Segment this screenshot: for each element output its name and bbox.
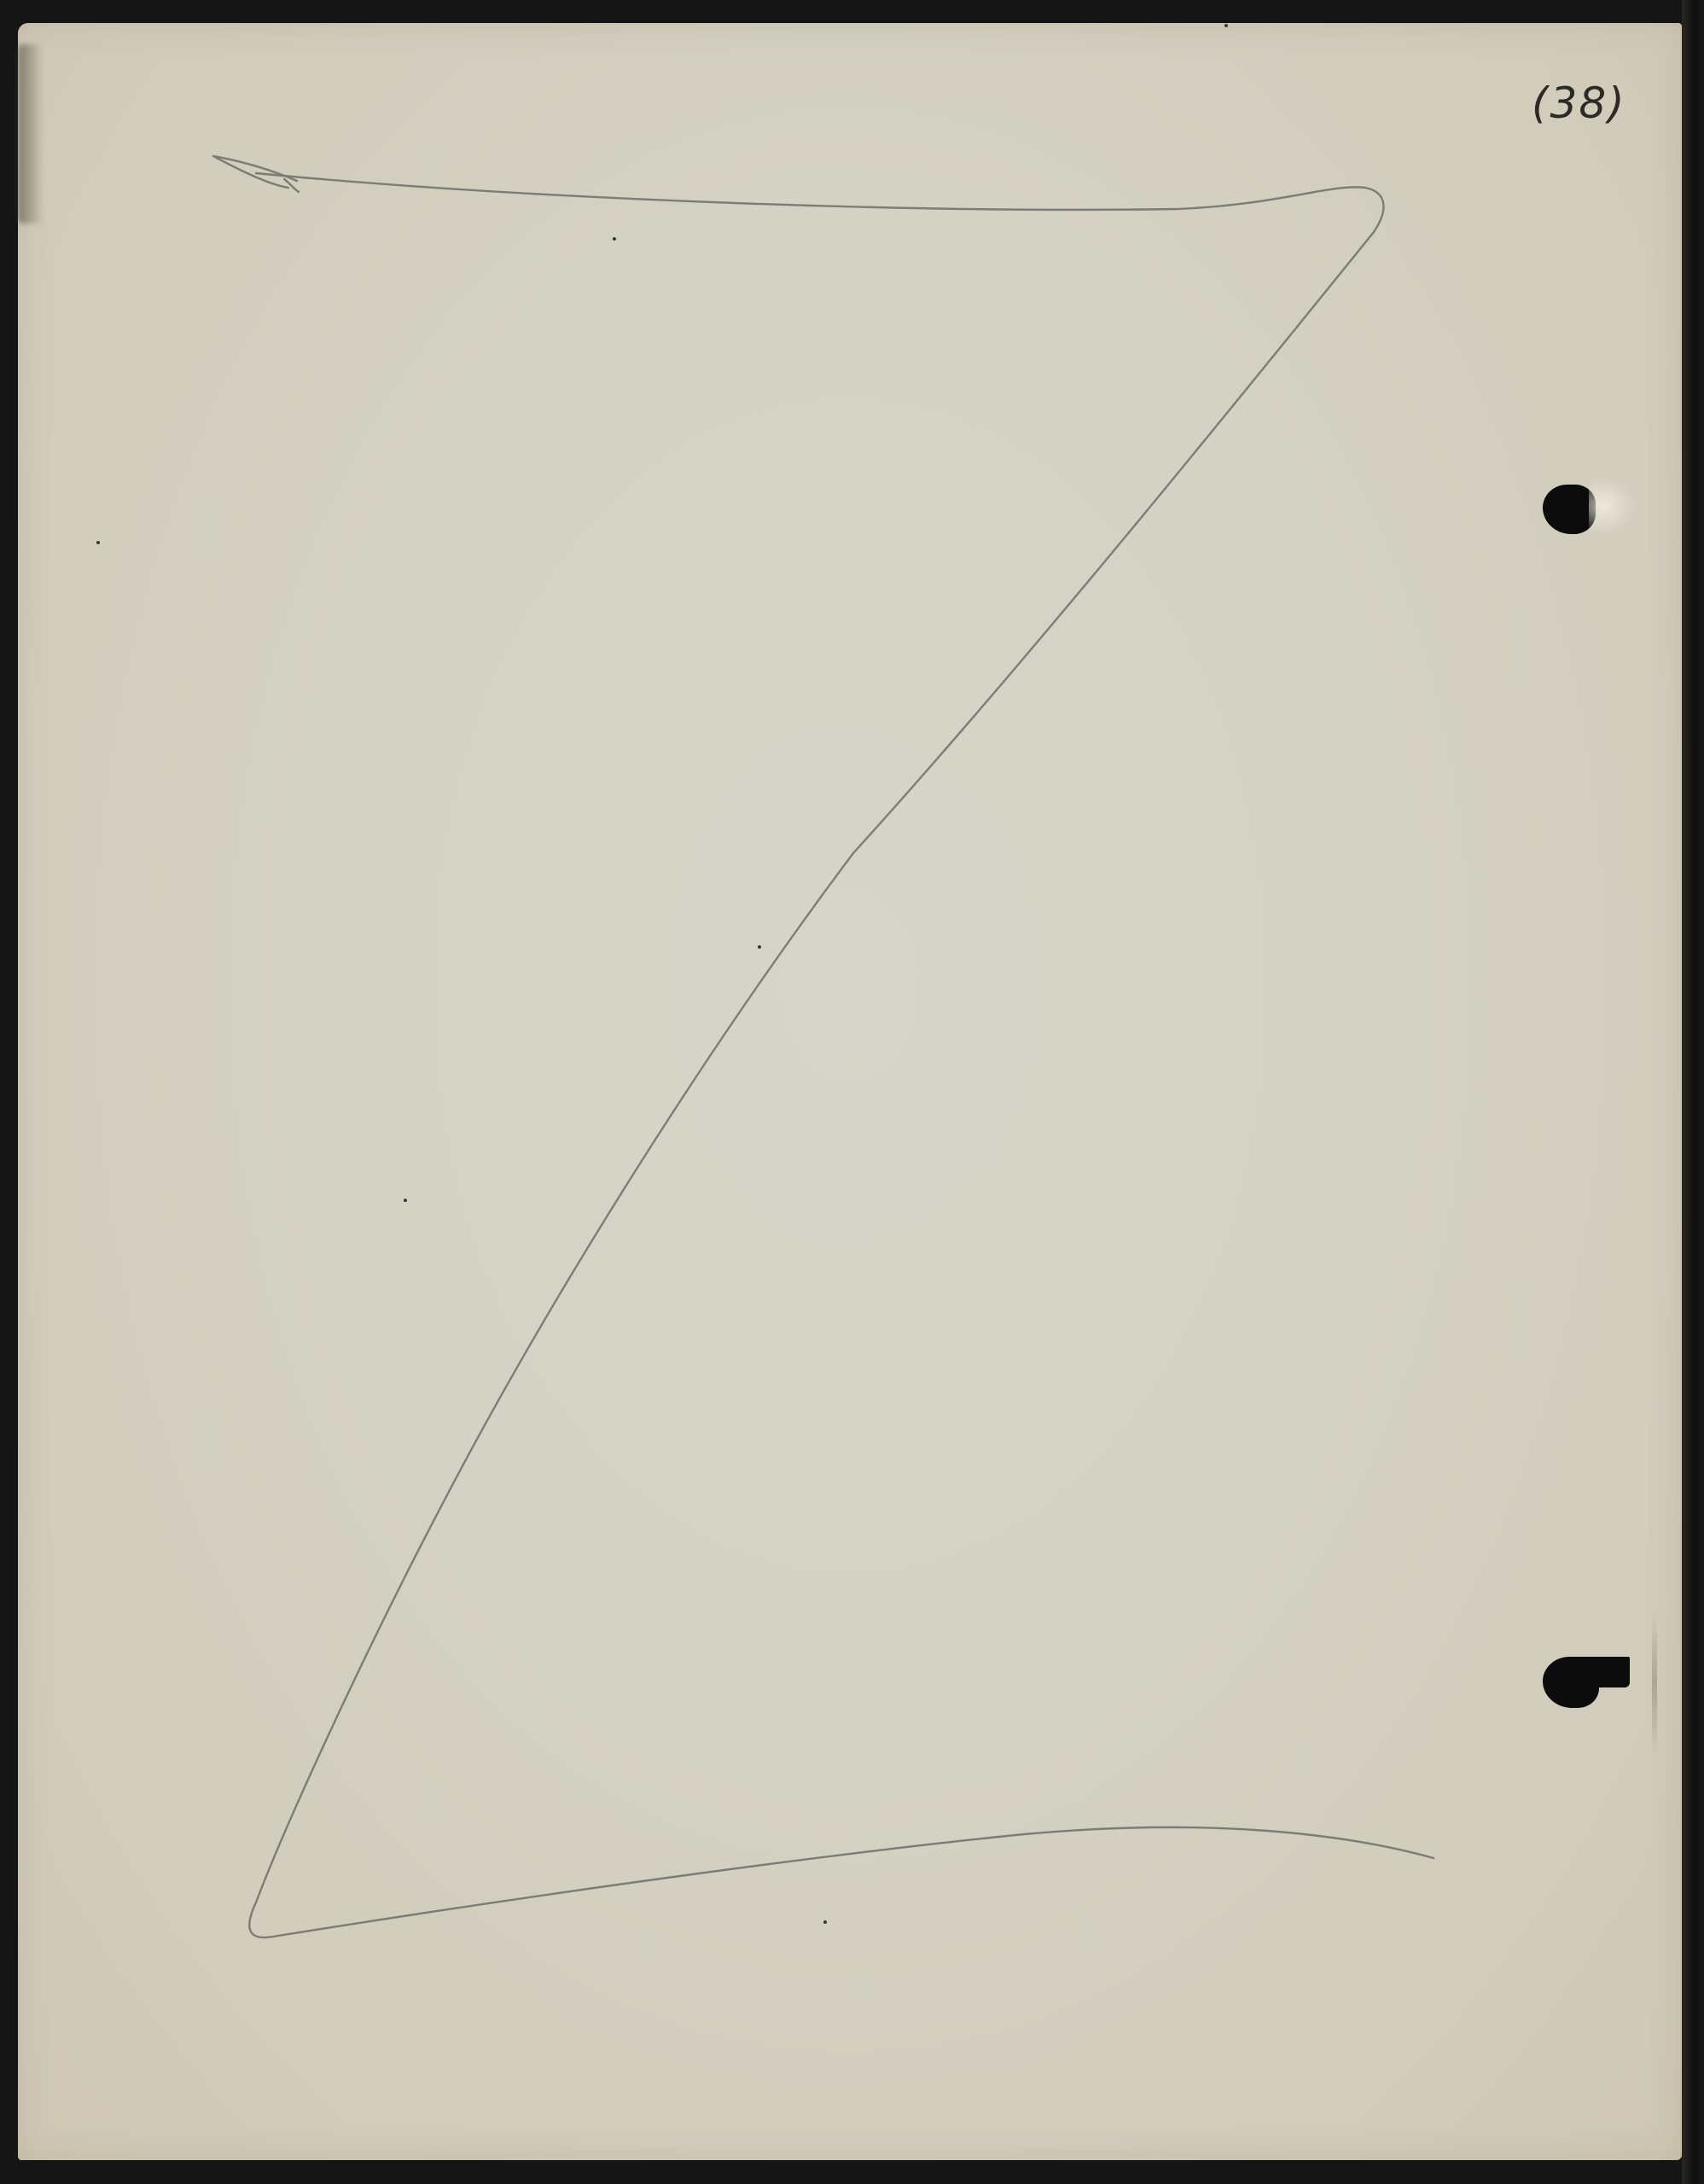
paper-speck	[96, 541, 100, 544]
page-number-annotation: (38)	[1532, 78, 1626, 128]
paper-speck	[758, 945, 761, 949]
edge-smudge	[18, 44, 44, 224]
paper-speck	[1224, 24, 1228, 27]
binding-hole-upper	[1543, 485, 1596, 534]
paper-speck	[613, 237, 616, 241]
paper-crease	[1652, 1612, 1657, 1757]
paper-speck	[404, 1199, 407, 1202]
binding-spine-shadow	[1682, 0, 1704, 2184]
paper-speck	[823, 1920, 827, 1924]
binding-hole-lower-slot	[1579, 1657, 1630, 1687]
paper-tear	[1589, 476, 1637, 536]
document-page	[18, 23, 1682, 2160]
